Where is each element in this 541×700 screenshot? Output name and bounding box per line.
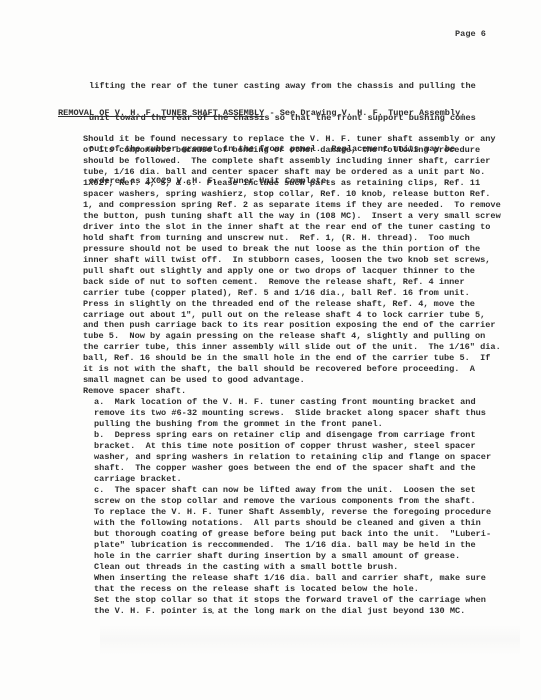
text-line: lifting the rear of the tuner casting aw… [89, 81, 476, 92]
text-line: the carrier tube, this inner assembly wi… [73, 342, 501, 353]
text-line: screw on the stop collar and remove the … [73, 496, 501, 507]
scan-speck [212, 612, 214, 614]
text-line: ball, Ref. 16 should be in the small hol… [73, 353, 501, 364]
text-line: carrier tube (copper plated), Ref. 5 and… [73, 288, 501, 299]
text-line: inner shaft will twist off. In stubborn … [73, 255, 501, 266]
text-line: shaft. The copper washer goes between th… [73, 463, 501, 474]
text-line: should be followed. The complete shaft a… [73, 156, 501, 167]
procedure-body: Should it be found necessary to replace … [73, 134, 501, 617]
text-line: pressure should not be used to break the… [73, 244, 501, 255]
text-line: When inserting the release shaft 1/16 di… [73, 573, 501, 584]
text-line: pulling the bushing from the grommet in … [73, 419, 501, 430]
text-line: and then push carriage back to its rear … [73, 320, 501, 331]
text-line: a. Mark location of the V. H. F. tuner c… [73, 397, 501, 408]
text-line: hold shaft from turning and unscrew nut.… [73, 233, 501, 244]
text-line: but thorough coating of grease before be… [73, 529, 501, 540]
scan-bleed-through [100, 625, 520, 655]
text-line: tube, 1/16 dia. ball and center spacer s… [73, 167, 501, 178]
text-line: the V. H. F. pointer is at the long mark… [73, 606, 501, 617]
text-line: that the recess on the release shaft is … [73, 584, 501, 595]
text-line: c. The spacer shaft can now be lifted aw… [73, 485, 501, 496]
text-line: small magnet can be used to good advanta… [73, 375, 501, 386]
text-line: carriage out about 1", pull out on the r… [73, 310, 501, 321]
section-title: REMOVAL OF V. H. F. TUNER SHAFT ASSEMBLY [58, 108, 264, 118]
section-subtitle: - See Drawing V. H. F. Tuner Assembly. [264, 108, 465, 118]
text-line: with the following notations. All parts … [73, 518, 501, 529]
text-line: carriage bracket. [73, 474, 501, 485]
text-line: of its components because of bending or … [73, 145, 501, 156]
text-line: Set the stop collar so that it stops the… [73, 595, 501, 606]
text-line: spacer washers, spring washierz, stop co… [73, 189, 501, 200]
page-number: Page 6 [455, 29, 486, 40]
text-line: the button, push tuning shaft all the wa… [73, 211, 501, 222]
text-line: driver into the slot in the inner shaft … [73, 222, 501, 233]
text-line: it is not with the shaft, the ball shoul… [73, 364, 501, 375]
text-line: hole in the carrier shaft during inserti… [73, 551, 501, 562]
text-line: To replace the V. H. F. Tuner Shaft Asse… [73, 507, 501, 518]
text-line: 1X027, Ref. 4, 5, & 6. Please include su… [73, 178, 501, 189]
document-page: Page 6 lifting the rear of the tuner cas… [0, 0, 541, 700]
text-line: tube 5. Now by again pressing on the rel… [73, 331, 501, 342]
text-line: Clean out threads in the casting with a … [73, 562, 501, 573]
text-line: 1, and compression spring Ref. 2 as sepa… [73, 200, 501, 211]
text-line: Remove spacer shaft. [73, 386, 501, 397]
text-line: b. Depress spring ears on retainer clip … [73, 430, 501, 441]
text-line: plate" lubrication is reccommended. The … [73, 540, 501, 551]
section-heading: REMOVAL OF V. H. F. TUNER SHAFT ASSEMBLY… [58, 108, 465, 119]
text-line: remove its two #6-32 mounting screws. Sl… [73, 408, 501, 419]
text-line: pull shaft out slightly and apply one or… [73, 266, 501, 277]
text-line: washer, and spring washers in relation t… [73, 452, 501, 463]
text-line: Should it be found necessary to replace … [73, 134, 501, 145]
text-line: back side of nut to soften cement. Remov… [73, 277, 501, 288]
text-line: bracket. At this time note position of c… [73, 441, 501, 452]
text-line: Press in slightly on the threaded end of… [73, 299, 501, 310]
